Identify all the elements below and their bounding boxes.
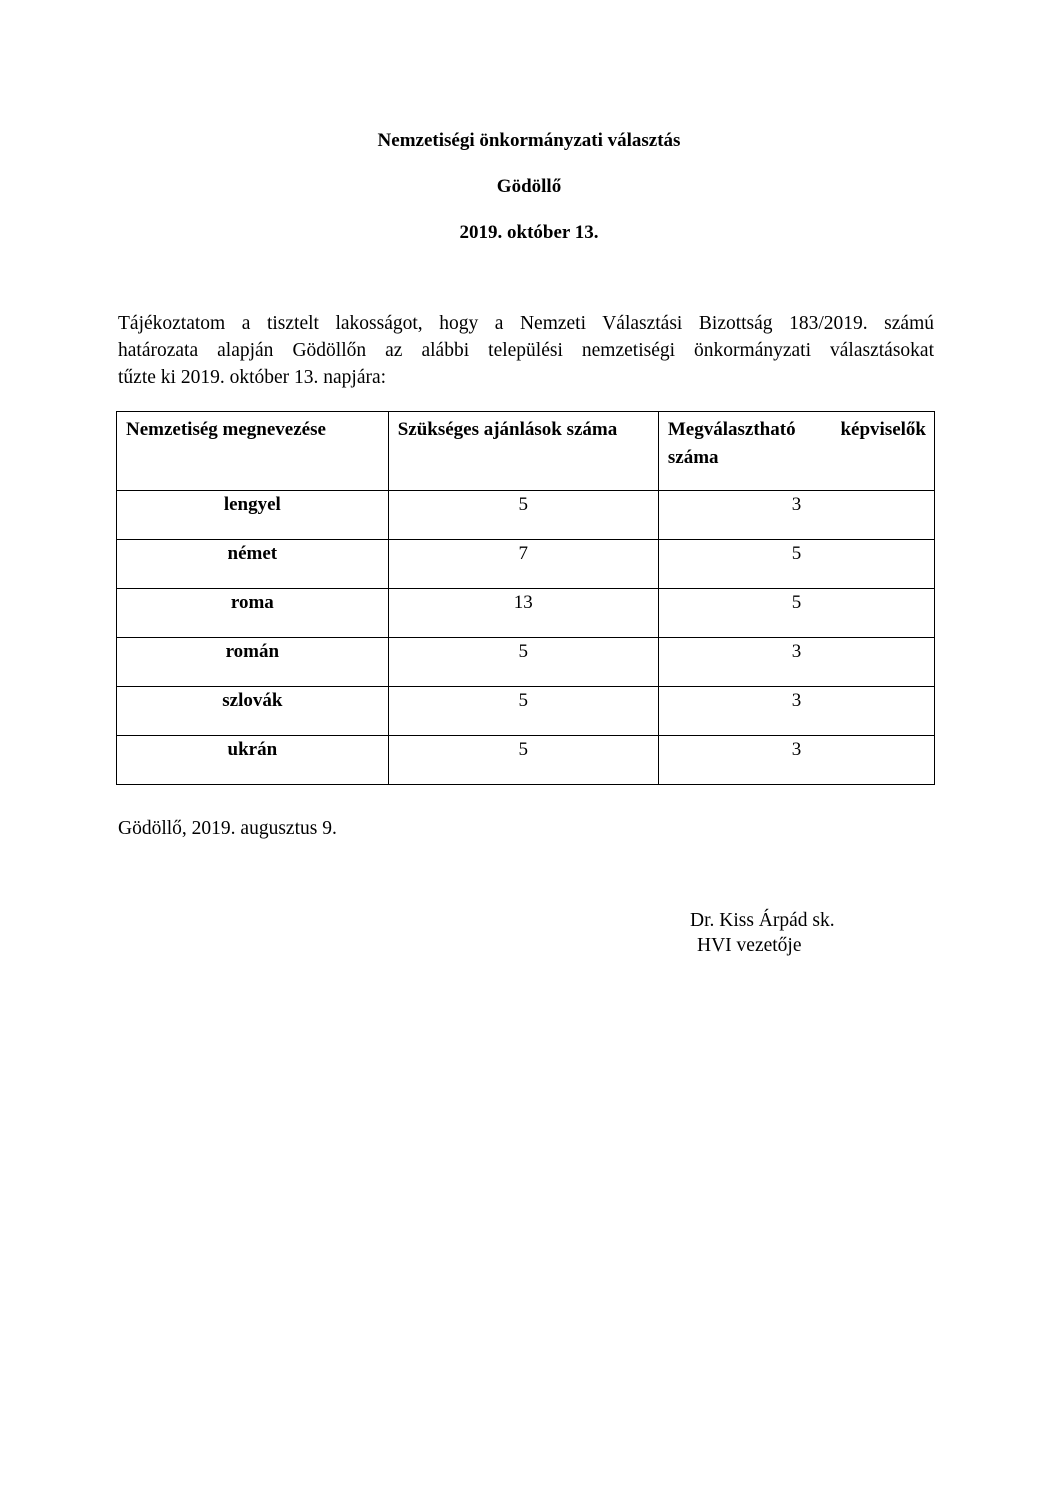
document-title: Nemzetiségi önkormányzati választás (0, 130, 1058, 152)
signatory-name: Dr. Kiss Árpád sk. (690, 910, 835, 932)
table-row: szlovák53 (117, 687, 935, 736)
nationality-cell: német (117, 540, 389, 589)
table-row: német75 (117, 540, 935, 589)
representatives-cell: 3 (658, 638, 934, 687)
header-representatives: Megválasztható képviselők száma (658, 412, 934, 491)
table-row: roma135 (117, 589, 935, 638)
recommendations-cell: 5 (388, 638, 658, 687)
recommendations-cell: 5 (388, 687, 658, 736)
nationality-cell: szlovák (117, 687, 389, 736)
representatives-cell: 5 (658, 589, 934, 638)
table-row: ukrán53 (117, 736, 935, 785)
representatives-cell: 5 (658, 540, 934, 589)
header-nationality: Nemzetiség megnevezése (117, 412, 389, 491)
place-date: Gödöllő, 2019. augusztus 9. (118, 818, 337, 840)
table-header-row: Nemzetiség megnevezése Szükséges ajánlás… (117, 412, 935, 491)
signatory-role: HVI vezetője (697, 935, 802, 957)
document-date: 2019. október 13. (0, 222, 1058, 244)
intro-line: határozata alapján Gödöllőn az alábbi te… (118, 337, 934, 364)
representatives-cell: 3 (658, 736, 934, 785)
nationality-table: Nemzetiség megnevezése Szükséges ajánlás… (116, 411, 935, 785)
representatives-cell: 3 (658, 491, 934, 540)
table-row: román53 (117, 638, 935, 687)
intro-line: Tájékoztatom a tisztelt lakosságot, hogy… (118, 310, 934, 337)
representatives-cell: 3 (658, 687, 934, 736)
intro-paragraph: Tájékoztatom a tisztelt lakosságot, hogy… (118, 310, 934, 391)
table-row: lengyel53 (117, 491, 935, 540)
recommendations-cell: 5 (388, 736, 658, 785)
header-recommendations: Szükséges ajánlások száma (388, 412, 658, 491)
nationality-cell: roma (117, 589, 389, 638)
document-place: Gödöllő (0, 176, 1058, 198)
recommendations-cell: 13 (388, 589, 658, 638)
recommendations-cell: 5 (388, 491, 658, 540)
nationality-cell: román (117, 638, 389, 687)
recommendations-cell: 7 (388, 540, 658, 589)
nationality-cell: lengyel (117, 491, 389, 540)
intro-line: tűzte ki 2019. október 13. napjára: (118, 364, 934, 391)
nationality-cell: ukrán (117, 736, 389, 785)
